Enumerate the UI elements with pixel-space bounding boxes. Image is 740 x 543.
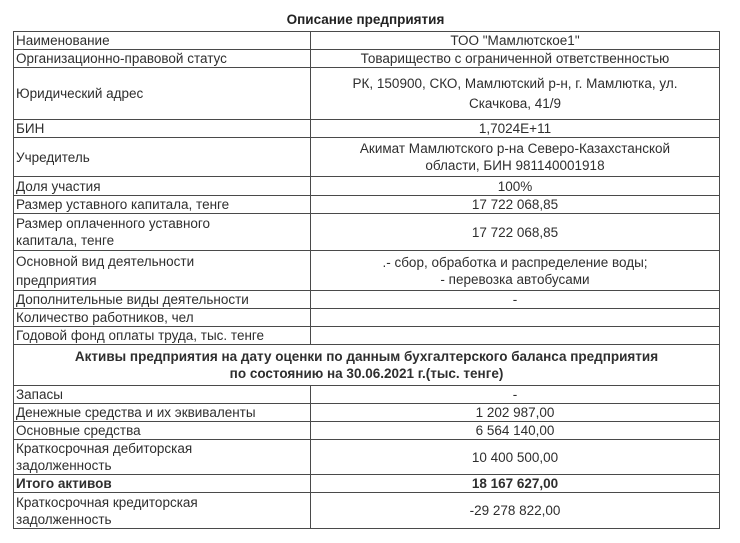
row-value: РК, 150900, СКО, Мамлютский р-н, г. Мамл… (311, 68, 720, 120)
table-row-cash: Денежные средства и их эквиваленты 1 202… (14, 404, 720, 422)
row-label: Размер уставного капитала, тенге (14, 196, 311, 214)
assets-header: Активы предприятия на дату оценки по дан… (14, 345, 720, 386)
table-row-bin: БИН 1,7024E+11 (14, 120, 720, 138)
table-row-share: Доля участия 100% (14, 177, 720, 196)
table-row-fixed-assets: Основные средства 6 564 140,00 (14, 422, 720, 440)
row-label: Размер оплаченного уставного капитала, т… (14, 214, 311, 251)
table-row-name: Наименование ТОО "Мамлютское1" (14, 32, 720, 50)
table-row-receivables: Краткосрочная дебиторская задолженность … (14, 440, 720, 475)
row-value: 6 564 140,00 (311, 422, 720, 440)
row-value: 18 167 627,00 (311, 475, 720, 493)
row-value: Акимат Мамлютского р-на Северо-Казахстан… (311, 138, 720, 177)
row-label: Дополнительные виды деятельности (14, 291, 311, 309)
table-row-employees: Количество работников, чел (14, 309, 720, 327)
row-value (311, 327, 720, 345)
table-row-main-activity: Основной вид деятельности предприятия .-… (14, 251, 720, 291)
row-label: Организационно-правовой статус (14, 50, 311, 68)
row-value: 17 722 068,85 (311, 196, 720, 214)
assets-header-line-1: Активы предприятия на дату оценки по дан… (16, 348, 717, 365)
row-value (311, 309, 720, 327)
table-row-legal-address: Юридический адрес РК, 150900, СКО, Мамлю… (14, 68, 720, 120)
row-value: 10 400 500,00 (311, 440, 720, 475)
row-label: Годовой фонд оплаты труда, тыс. тенге (14, 327, 311, 345)
row-label: Наименование (14, 32, 311, 50)
table-row-additional-activities: Дополнительные виды деятельности - (14, 291, 720, 309)
row-value: 100% (311, 177, 720, 196)
assets-section-header: Активы предприятия на дату оценки по дан… (14, 345, 720, 386)
enterprise-description-table: Наименование ТОО "Мамлютское1" Организац… (13, 31, 720, 529)
row-label: Количество работников, чел (14, 309, 311, 327)
row-label: Денежные средства и их эквиваленты (14, 404, 311, 422)
activity-line-2: - перевозка автобусами (313, 271, 717, 288)
row-label: Учредитель (14, 138, 311, 177)
row-value: .- сбор, обработка и распределение воды;… (311, 251, 720, 291)
row-label: Краткосрочная кредиторская задолженность (14, 493, 311, 529)
row-label: Основной вид деятельности предприятия (14, 251, 311, 291)
row-value: -29 278 822,00 (311, 493, 720, 529)
row-label: Краткосрочная дебиторская задолженность (14, 440, 311, 475)
row-label: Запасы (14, 386, 311, 404)
table-row-total-assets: Итого активов 18 167 627,00 (14, 475, 720, 493)
row-label: Доля участия (14, 177, 311, 196)
row-label: Юридический адрес (14, 68, 311, 120)
table-row-payroll: Годовой фонд оплаты труда, тыс. тенге (14, 327, 720, 345)
row-label: БИН (14, 120, 311, 138)
table-row-inventory: Запасы - (14, 386, 720, 404)
row-value: 17 722 068,85 (311, 214, 720, 251)
document-title: Описание предприятия (13, 12, 718, 27)
row-value: - (311, 291, 720, 309)
table-row-payables: Краткосрочная кредиторская задолженность… (14, 493, 720, 529)
row-label: Итого активов (14, 475, 311, 493)
table-row-legal-status: Организационно-правовой статус Товарищес… (14, 50, 720, 68)
row-value: ТОО "Мамлютское1" (311, 32, 720, 50)
assets-header-line-2: по состоянию на 30.06.2021 г.(тыс. тенге… (16, 365, 717, 382)
row-value: 1 202 987,00 (311, 404, 720, 422)
row-value: Товарищество с ограниченной ответственно… (311, 50, 720, 68)
row-value: - (311, 386, 720, 404)
table-row-founder: Учредитель Акимат Мамлютского р-на Север… (14, 138, 720, 177)
table-row-paid-capital: Размер оплаченного уставного капитала, т… (14, 214, 720, 251)
table-row-authorized-capital: Размер уставного капитала, тенге 17 722 … (14, 196, 720, 214)
activity-line-1: .- сбор, обработка и распределение воды; (313, 254, 717, 271)
row-label: Основные средства (14, 422, 311, 440)
row-value: 1,7024E+11 (311, 120, 720, 138)
